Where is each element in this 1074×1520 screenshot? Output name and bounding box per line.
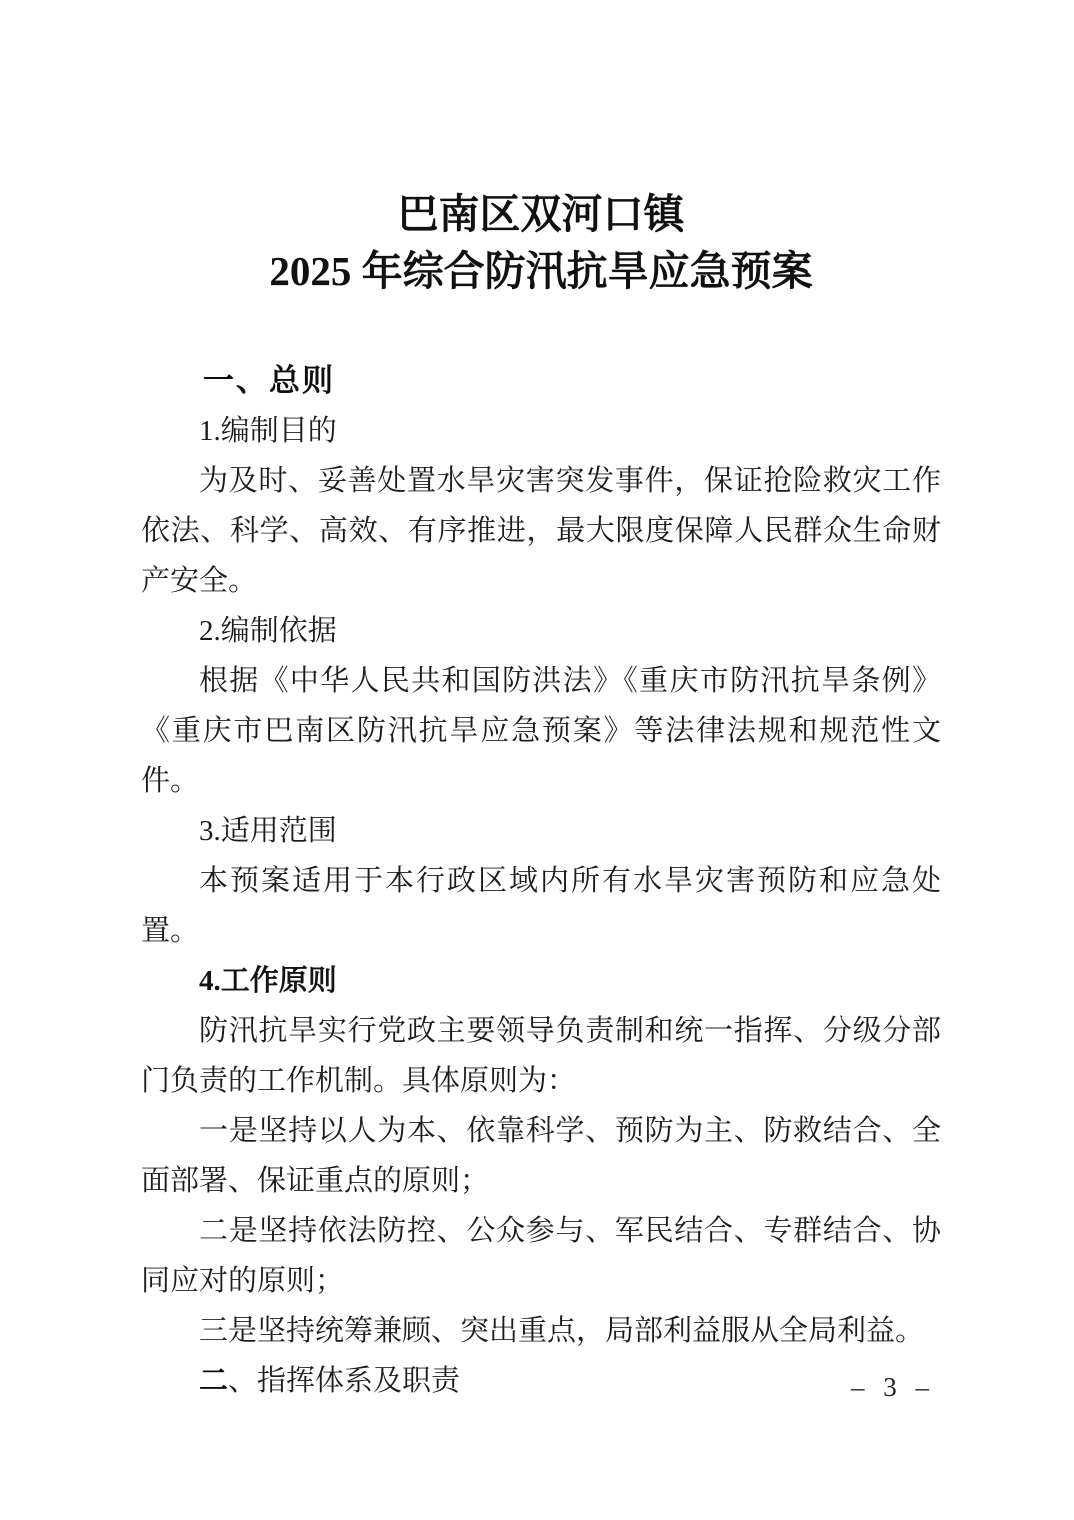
subheading-2-compilation-basis: 2.编制依据 (141, 606, 941, 656)
document-page: 巴南区双河口镇 2025 年综合防汛抗旱应急预案 一、总则 1.编制目的 为及时… (0, 0, 1074, 1520)
subheading-1-compilation-purpose: 1.编制目的 (141, 406, 941, 456)
subheading-4-work-principles: 4.工作原则 (141, 956, 941, 1006)
paragraph-principle-3: 三是坚持统筹兼顾、突出重点，局部利益服从全局利益。 (141, 1306, 941, 1356)
heading-section-2-command-system: 二、指挥体系及职责 (141, 1356, 941, 1406)
paragraph-principle-1: 一是坚持以人为本、依靠科学、预防为主、防救结合、全面部署、保证重点的原则； (141, 1106, 941, 1206)
heading-section-2-text: 、指挥体系及职责 (228, 1365, 460, 1397)
paragraph-work-mechanism: 防汛抗旱实行党政主要领导负责制和统一指挥、分级分部门负责的工作机制。具体原则为： (141, 1006, 941, 1106)
paragraph-principle-2: 二是坚持依法防控、公众参与、军民结合、专群结合、协同应对的原则； (141, 1206, 941, 1306)
subheading-3-scope-of-application: 3.适用范围 (141, 806, 941, 856)
paragraph-scope-of-application: 本预案适用于本行政区域内所有水旱灾害预防和应急处置。 (141, 856, 941, 956)
paragraph-compilation-purpose: 为及时、妥善处置水旱灾害突发事件，保证抢险救灾工作依法、科学、高效、有序推进，最… (141, 456, 941, 606)
document-title: 巴南区双河口镇 2025 年综合防汛抗旱应急预案 (141, 186, 941, 300)
title-line-2: 2025 年综合防汛抗旱应急预案 (141, 243, 941, 300)
heading-section-2-number: 二 (199, 1365, 228, 1397)
page-number: – 3 – (851, 1372, 935, 1402)
heading-section-1-general-rules: 一、总则 (141, 356, 941, 406)
paragraph-compilation-basis: 根据《中华人民共和国防洪法》《重庆市防汛抗旱条例》《重庆市巴南区防汛抗旱应急预案… (141, 656, 941, 806)
document-content: 巴南区双河口镇 2025 年综合防汛抗旱应急预案 一、总则 1.编制目的 为及时… (141, 186, 941, 1406)
title-line-1: 巴南区双河口镇 (141, 186, 941, 243)
